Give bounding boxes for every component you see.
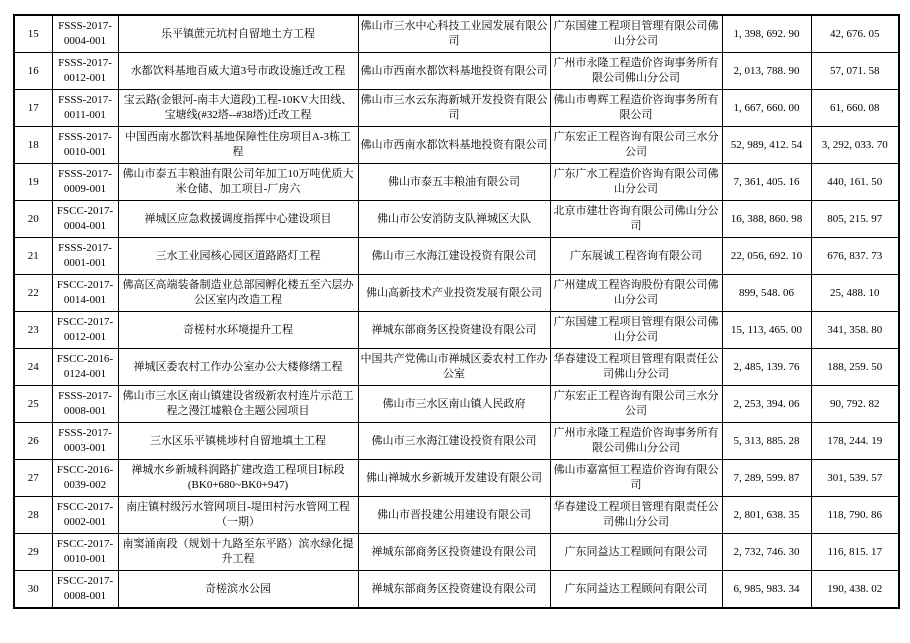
- code-cell: FSSS-2017-0003-001: [52, 423, 118, 460]
- amount-cell: 2, 801, 638. 35: [722, 497, 811, 534]
- table-row: 29 FSCC-2017-0010-001 南窦涌南段（规划十九路至东平路）滨水…: [14, 534, 899, 571]
- consultant-cell: 广东国建工程项目管理有限公司佛山分公司: [550, 312, 722, 349]
- project-name-cell: 南窦涌南段（规划十九路至东平路）滨水绿化提升工程: [118, 534, 358, 571]
- project-name-cell: 乐平镇蔗元坑村自留地土方工程: [118, 15, 358, 53]
- fee-cell: 116, 815. 17: [811, 534, 899, 571]
- fee-cell: 440, 161. 50: [811, 164, 899, 201]
- table-row: 28 FSCC-2017-0002-001 南庄镇村级污水管网项目-堤田村污水管…: [14, 497, 899, 534]
- consultant-cell: 佛山市粤辉工程造价咨询事务所有限公司: [550, 90, 722, 127]
- code-cell: FSCC-2017-0012-001: [52, 312, 118, 349]
- table-row: 15 FSSS-2017-0004-001 乐平镇蔗元坑村自留地土方工程 佛山市…: [14, 15, 899, 53]
- projects-table-body: 15 FSSS-2017-0004-001 乐平镇蔗元坑村自留地土方工程 佛山市…: [14, 15, 899, 608]
- fee-cell: 178, 244. 19: [811, 423, 899, 460]
- code-cell: FSCC-2017-0008-001: [52, 571, 118, 609]
- fee-cell: 190, 438. 02: [811, 571, 899, 609]
- amount-cell: 52, 989, 412. 54: [722, 127, 811, 164]
- owner-cell: 中国共产党佛山市禅城区委农村工作办公室: [358, 349, 550, 386]
- owner-cell: 禅城东部商务区投资建设有限公司: [358, 312, 550, 349]
- amount-cell: 16, 388, 860. 98: [722, 201, 811, 238]
- project-name-cell: 三水区乐平镇桃埗村自留地填土工程: [118, 423, 358, 460]
- project-name-cell: 奇槎村水环境提升工程: [118, 312, 358, 349]
- projects-table: 15 FSSS-2017-0004-001 乐平镇蔗元坑村自留地土方工程 佛山市…: [13, 14, 900, 609]
- owner-cell: 佛山市三水海江建设投资有限公司: [358, 238, 550, 275]
- seq-cell: 15: [14, 15, 52, 53]
- code-cell: FSSS-2017-0010-001: [52, 127, 118, 164]
- code-cell: FSCC-2017-0004-001: [52, 201, 118, 238]
- fee-cell: 341, 358. 80: [811, 312, 899, 349]
- project-name-cell: 三水工业园核心园区道路路灯工程: [118, 238, 358, 275]
- fee-cell: 188, 259. 50: [811, 349, 899, 386]
- amount-cell: 22, 056, 692. 10: [722, 238, 811, 275]
- table-row: 17 FSSS-2017-0011-001 宝云路(金银河-南丰大道段)工程-1…: [14, 90, 899, 127]
- seq-cell: 25: [14, 386, 52, 423]
- consultant-cell: 广东广水工程造价咨询有限公司佛山分公司: [550, 164, 722, 201]
- seq-cell: 21: [14, 238, 52, 275]
- amount-cell: 15, 113, 465. 00: [722, 312, 811, 349]
- owner-cell: 佛山市西南水都饮料基地投资有限公司: [358, 53, 550, 90]
- owner-cell: 佛山市三水中心科技工业园发展有限公司: [358, 15, 550, 53]
- seq-cell: 24: [14, 349, 52, 386]
- code-cell: FSSS-2017-0009-001: [52, 164, 118, 201]
- table-row: 23 FSCC-2017-0012-001 奇槎村水环境提升工程 禅城东部商务区…: [14, 312, 899, 349]
- seq-cell: 16: [14, 53, 52, 90]
- seq-cell: 27: [14, 460, 52, 497]
- owner-cell: 佛山市晋投建公用建设有限公司: [358, 497, 550, 534]
- fee-cell: 805, 215. 97: [811, 201, 899, 238]
- consultant-cell: 广东展诚工程咨询有限公司: [550, 238, 722, 275]
- code-cell: FSSS-2017-0012-001: [52, 53, 118, 90]
- project-name-cell: 奇槎滨水公园: [118, 571, 358, 609]
- table-row: 26 FSSS-2017-0003-001 三水区乐平镇桃埗村自留地填土工程 佛…: [14, 423, 899, 460]
- amount-cell: 1, 667, 660. 00: [722, 90, 811, 127]
- code-cell: FSSS-2017-0004-001: [52, 15, 118, 53]
- table-row: 21 FSSS-2017-0001-001 三水工业园核心园区道路路灯工程 佛山…: [14, 238, 899, 275]
- fee-cell: 3, 292, 033. 70: [811, 127, 899, 164]
- fee-cell: 676, 837. 73: [811, 238, 899, 275]
- consultant-cell: 北京市建壮咨询有限公司佛山分公司: [550, 201, 722, 238]
- table-row: 16 FSSS-2017-0012-001 水都饮料基地百威大道3号市政设施迁改…: [14, 53, 899, 90]
- owner-cell: 禅城东部商务区投资建设有限公司: [358, 571, 550, 609]
- seq-cell: 17: [14, 90, 52, 127]
- owner-cell: 佛山禅城水乡新城开发建设有限公司: [358, 460, 550, 497]
- consultant-cell: 广东宏正工程咨询有限公司三水分公司: [550, 386, 722, 423]
- owner-cell: 佛山高新技术产业投资发展有限公司: [358, 275, 550, 312]
- amount-cell: 7, 361, 405. 16: [722, 164, 811, 201]
- table-row: 27 FSCC-2016-0039-002 禅城水乡新城科润路扩建改造工程项目Ⅰ…: [14, 460, 899, 497]
- seq-cell: 18: [14, 127, 52, 164]
- code-cell: FSSS-2017-0011-001: [52, 90, 118, 127]
- project-name-cell: 宝云路(金银河-南丰大道段)工程-10KV大田线、宝塘线(#32塔--#38塔)…: [118, 90, 358, 127]
- fee-cell: 42, 676. 05: [811, 15, 899, 53]
- document-page: 15 FSSS-2017-0004-001 乐平镇蔗元坑村自留地土方工程 佛山市…: [0, 0, 910, 643]
- consultant-cell: 佛山市嘉富恒工程造价咨询有限公司: [550, 460, 722, 497]
- fee-cell: 90, 792. 82: [811, 386, 899, 423]
- owner-cell: 佛山市三水海江建设投资有限公司: [358, 423, 550, 460]
- code-cell: FSSS-2017-0001-001: [52, 238, 118, 275]
- amount-cell: 2, 732, 746. 30: [722, 534, 811, 571]
- seq-cell: 30: [14, 571, 52, 609]
- owner-cell: 佛山市三水区南山镇人民政府: [358, 386, 550, 423]
- owner-cell: 佛山市公安消防支队禅城区大队: [358, 201, 550, 238]
- table-row: 22 FSCC-2017-0014-001 佛高区高端装备制造业总部园孵化楼五至…: [14, 275, 899, 312]
- table-row: 25 FSSS-2017-0008-001 佛山市三水区南山镇建设省级新农村连片…: [14, 386, 899, 423]
- amount-cell: 2, 253, 394. 06: [722, 386, 811, 423]
- seq-cell: 20: [14, 201, 52, 238]
- owner-cell: 佛山市西南水都饮料基地投资有限公司: [358, 127, 550, 164]
- amount-cell: 1, 398, 692. 90: [722, 15, 811, 53]
- consultant-cell: 广东同益达工程顾问有限公司: [550, 571, 722, 609]
- seq-cell: 19: [14, 164, 52, 201]
- project-name-cell: 南庄镇村级污水管网项目-堤田村污水管网工程（一期）: [118, 497, 358, 534]
- code-cell: FSCC-2017-0002-001: [52, 497, 118, 534]
- code-cell: FSSS-2017-0008-001: [52, 386, 118, 423]
- project-name-cell: 中国西南水都饮料基地保障性住房项目A-3栋工程: [118, 127, 358, 164]
- amount-cell: 7, 289, 599. 87: [722, 460, 811, 497]
- project-name-cell: 禅城区应急救援调度指挥中心建设项目: [118, 201, 358, 238]
- table-row: 30 FSCC-2017-0008-001 奇槎滨水公园 禅城东部商务区投资建设…: [14, 571, 899, 609]
- seq-cell: 28: [14, 497, 52, 534]
- amount-cell: 899, 548. 06: [722, 275, 811, 312]
- code-cell: FSCC-2016-0039-002: [52, 460, 118, 497]
- owner-cell: 佛山市泰五丰粮油有限公司: [358, 164, 550, 201]
- amount-cell: 6, 985, 983. 34: [722, 571, 811, 609]
- table-row: 19 FSSS-2017-0009-001 佛山市泰五丰粮油有限公司年加工10万…: [14, 164, 899, 201]
- consultant-cell: 广州建成工程咨询股份有限公司佛山分公司: [550, 275, 722, 312]
- amount-cell: 5, 313, 885. 28: [722, 423, 811, 460]
- seq-cell: 22: [14, 275, 52, 312]
- project-name-cell: 禅城水乡新城科润路扩建改造工程项目Ⅰ标段(BK0+680~BK0+947): [118, 460, 358, 497]
- code-cell: FSCC-2017-0014-001: [52, 275, 118, 312]
- table-row: 18 FSSS-2017-0010-001 中国西南水都饮料基地保障性住房项目A…: [14, 127, 899, 164]
- consultant-cell: 广州市永隆工程造价咨询事务所有限公司佛山分公司: [550, 423, 722, 460]
- project-name-cell: 禅城区委农村工作办公室办公大楼修缮工程: [118, 349, 358, 386]
- consultant-cell: 华春建设工程项目管理有限责任公司佛山分公司: [550, 497, 722, 534]
- project-name-cell: 佛山市泰五丰粮油有限公司年加工10万吨优质大米仓储、加工项目-厂房六: [118, 164, 358, 201]
- fee-cell: 25, 488. 10: [811, 275, 899, 312]
- owner-cell: 禅城东部商务区投资建设有限公司: [358, 534, 550, 571]
- amount-cell: 2, 013, 788. 90: [722, 53, 811, 90]
- table-row: 24 FSCC-2016-0124-001 禅城区委农村工作办公室办公大楼修缮工…: [14, 349, 899, 386]
- fee-cell: 118, 790. 86: [811, 497, 899, 534]
- seq-cell: 29: [14, 534, 52, 571]
- consultant-cell: 广州市永隆工程造价咨询事务所有限公司佛山分公司: [550, 53, 722, 90]
- fee-cell: 61, 660. 08: [811, 90, 899, 127]
- fee-cell: 57, 071. 58: [811, 53, 899, 90]
- consultant-cell: 广东同益达工程顾问有限公司: [550, 534, 722, 571]
- owner-cell: 佛山市三水云东海新城开发投资有限公司: [358, 90, 550, 127]
- seq-cell: 26: [14, 423, 52, 460]
- amount-cell: 2, 485, 139. 76: [722, 349, 811, 386]
- consultant-cell: 广东国建工程项目管理有限公司佛山分公司: [550, 15, 722, 53]
- project-name-cell: 佛高区高端装备制造业总部园孵化楼五至六层办公区室内改造工程: [118, 275, 358, 312]
- fee-cell: 301, 539. 57: [811, 460, 899, 497]
- consultant-cell: 华春建设工程项目管理有限责任公司佛山分公司: [550, 349, 722, 386]
- seq-cell: 23: [14, 312, 52, 349]
- table-row: 20 FSCC-2017-0004-001 禅城区应急救援调度指挥中心建设项目 …: [14, 201, 899, 238]
- project-name-cell: 佛山市三水区南山镇建设省级新农村连片示范工程之漫江墟粮仓主题公园项目: [118, 386, 358, 423]
- code-cell: FSCC-2017-0010-001: [52, 534, 118, 571]
- code-cell: FSCC-2016-0124-001: [52, 349, 118, 386]
- project-name-cell: 水都饮料基地百威大道3号市政设施迁改工程: [118, 53, 358, 90]
- consultant-cell: 广东宏正工程咨询有限公司三水分公司: [550, 127, 722, 164]
